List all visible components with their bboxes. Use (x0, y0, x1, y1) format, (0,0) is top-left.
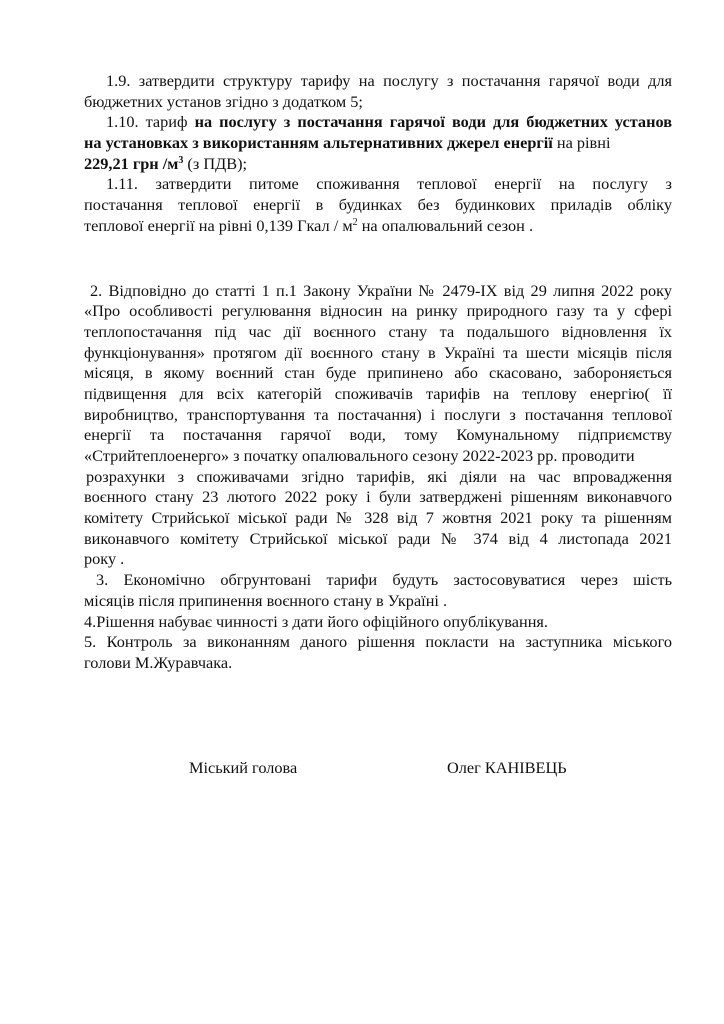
paragraph-1-10-line-2: на установках з використанням альтернати… (84, 133, 672, 154)
consumption-period: на опалювальний сезон . (358, 216, 533, 235)
document-body: 1.9. затвердити структуру тарифу на посл… (84, 71, 672, 674)
tariff-vat-note: (з ПДВ); (183, 154, 247, 173)
paragraph-2-line-11: воєнного стану 23 лютого 2022 року і бул… (84, 487, 672, 508)
signature-position: Міський голова (189, 758, 297, 778)
consumption-value: теплової енергії на рівні 0,139 Гкал / м (84, 216, 353, 235)
paragraph-1-11-line-3: теплової енергії на рівні 0,139 Гкал / м… (84, 216, 672, 237)
paragraph-2-line-13: виконавчого комітету Стрийської міської … (84, 529, 672, 550)
paragraph-2-line-10: розрахунки з споживачами згідно тарифів,… (84, 467, 672, 488)
paragraph-1-11-line-2: постачання теплової енергії в будинках б… (84, 195, 672, 216)
paragraph-4: 4.Рішення набуває чинності з дати його о… (84, 612, 672, 633)
tariff-level-label: на рівні (553, 133, 611, 152)
tariff-subject-cont: на установках з використанням альтернати… (84, 133, 553, 152)
paragraph-2-line-4: функціонування» протягом дії воєнного ст… (84, 343, 672, 364)
paragraph-1-9-line-2: бюджетних установ згідно з додатком 5; (84, 92, 672, 113)
paragraph-1-10-line-1: 1.10. тариф на послугу з постачання гаря… (84, 112, 672, 133)
paragraph-3-line-1: 3. Економічно обгрунтовані тарифи будуть… (84, 570, 672, 591)
paragraph-1-9-line-1: 1.9. затвердити структуру тарифу на посл… (84, 71, 672, 92)
paragraph-2-line-6: підвищення для всіх категорій споживачів… (84, 384, 672, 405)
paragraph-2-line-9: «Стрийтеплоенерго» з початку опалювально… (84, 446, 672, 467)
paragraph-2-line-1: 2. Відповідно до статті 1 п.1 Закону Укр… (84, 281, 672, 302)
paragraph-5-line-2: голови М.Журавчака. (84, 653, 672, 674)
tariff-subject: на послугу з постачання гарячої води для… (195, 112, 672, 131)
tariff-prefix: 1.10. тариф (106, 112, 195, 131)
paragraph-2-line-8: енергії та постачання гарячої води, тому… (84, 425, 672, 446)
paragraph-1-10-line-3: 229,21 грн /м3 (з ПДВ); (84, 154, 672, 175)
paragraph-2-line-2: «Про особливості регулювання відносин на… (84, 301, 672, 322)
tariff-value: 229,21 грн /м (84, 154, 178, 173)
signature-name: Олег КАНІВЕЦЬ (447, 758, 567, 778)
paragraph-2-line-7: виробництво, транспортування та постачан… (84, 405, 672, 426)
paragraph-2-line-14: року . (84, 549, 672, 570)
paragraph-5-line-1: 5. Контроль за виконанням даного рішення… (84, 632, 672, 653)
paragraph-1-11-line-1: 1.11. затвердити питоме споживання тепло… (84, 174, 672, 195)
paragraph-3-line-2: місяців після припинення воєнного стану … (84, 591, 672, 612)
paragraph-2-line-3: теплопостачання під час дії воєнного ста… (84, 322, 672, 343)
paragraph-2-line-5: місяця, в якому воєнний стан буде припин… (84, 363, 672, 384)
paragraph-2-line-12: комітету Стрийської міської ради № 328 в… (84, 508, 672, 529)
